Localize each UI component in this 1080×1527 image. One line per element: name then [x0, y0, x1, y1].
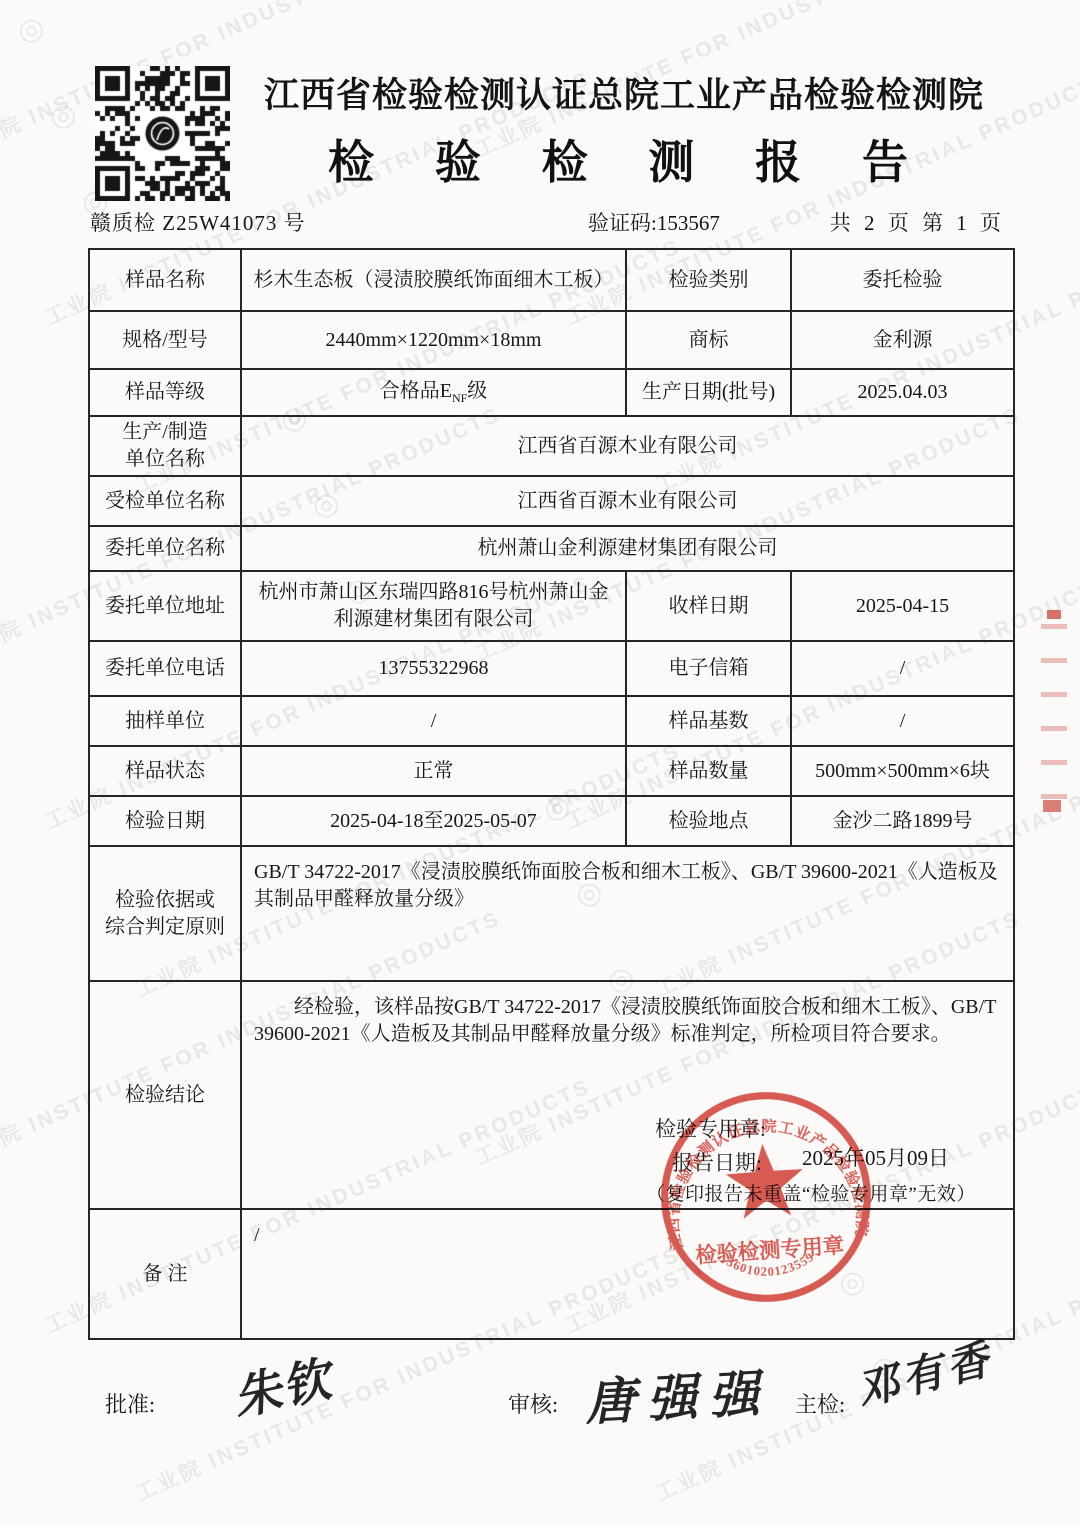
approve-label: 批准: — [105, 1388, 155, 1419]
field-value: 经检验，该样品按GB/T 34722-2017《浸渍胶膜纸饰面胶合板和细木工板》… — [241, 981, 1014, 1209]
field-value: / — [241, 1209, 1014, 1339]
table-row: 委托单位地址杭州市萧山区东瑞四路816号杭州萧山金利源建材集团有限公司收样日期2… — [89, 571, 1014, 641]
field-value: 2440mm×1220mm×18mm — [241, 311, 626, 369]
field-label: 收样日期 — [626, 571, 791, 641]
field-label: 电子信箱 — [626, 641, 791, 696]
right-edge-seal-fragment — [1041, 610, 1067, 815]
field-value: 金利源 — [791, 311, 1014, 369]
field-label: 检验日期 — [89, 796, 241, 846]
field-value: 杭州萧山金利源建材集团有限公司 — [241, 526, 1014, 571]
field-label: 生产日期(批号) — [626, 369, 791, 416]
table-row: 委托单位电话13755322968电子信箱/ — [89, 641, 1014, 696]
verify-code: 验证码:153567 — [588, 207, 720, 237]
field-value: / — [241, 696, 626, 746]
table-row: 生产/制造 单位名称江西省百源木业有限公司 — [89, 416, 1014, 476]
field-label: 样品数量 — [626, 746, 791, 796]
org-title: 江西省检验检测认证总院工业产品检验检测院 — [228, 68, 1020, 118]
field-label: 检验依据或 综合判定原则 — [89, 846, 241, 981]
field-label: 规格/型号 — [89, 311, 241, 369]
field-value: / — [791, 696, 1014, 746]
table-row: 检验日期2025-04-18至2025-05-07检验地点金沙二路1899号 — [89, 796, 1014, 846]
field-label: 样品状态 — [89, 746, 241, 796]
field-value: 2025-04-15 — [791, 571, 1014, 641]
watermark-logo-icon: ◎ — [15, 10, 47, 49]
report-meta: 赣质检 Z25W41073 号 验证码:153567 共 2 页 第 1 页 — [88, 207, 1013, 237]
watermark-logo-icon: ◎ — [47, 96, 79, 135]
field-value: 正常 — [241, 746, 626, 796]
field-value: GB/T 34722-2017《浸渍胶膜纸饰面胶合板和细木工板》、GB/T 39… — [241, 846, 1014, 981]
table-row: 样品名称杉木生态板（浸渍胶膜纸饰面细木工板）检验类别委托检验 — [89, 249, 1014, 311]
field-label: 样品基数 — [626, 696, 791, 746]
table-row: 样品状态正常样品数量500mm×500mm×6块 — [89, 746, 1014, 796]
report-title: 检 验 检 测 报 告 — [228, 126, 1020, 192]
field-value: 委托检验 — [791, 249, 1014, 311]
inspect-label: 主检: — [795, 1388, 845, 1419]
report-page: 工业院 INSTITUTE FOR INDUSTRIAL PRODUCTS工业院… — [0, 0, 1080, 1527]
field-label: 商标 — [626, 311, 791, 369]
table-row: 抽样单位/样品基数/ — [89, 696, 1014, 746]
field-value: 13755322968 — [241, 641, 626, 696]
field-label: 样品名称 — [89, 249, 241, 311]
field-label: 抽样单位 — [89, 696, 241, 746]
approve-signature: 朱钦 — [226, 1340, 338, 1428]
field-label: 备 注 — [89, 1209, 241, 1339]
field-label: 样品等级 — [89, 369, 241, 416]
field-value: / — [791, 641, 1014, 696]
field-value: 合格品ENF级 — [241, 369, 626, 416]
field-value: 杭州市萧山区东瑞四路816号杭州萧山金利源建材集团有限公司 — [241, 571, 626, 641]
table-row: 检验依据或 综合判定原则GB/T 34722-2017《浸渍胶膜纸饰面胶合板和细… — [89, 846, 1014, 981]
field-value: 杉木生态板（浸渍胶膜纸饰面细木工板） — [241, 249, 626, 311]
stamp-bottom-text: 检验检测专用章 — [695, 1232, 845, 1267]
field-label: 检验结论 — [89, 981, 241, 1209]
stamp-star — [724, 1141, 806, 1220]
field-label: 生产/制造 单位名称 — [89, 416, 241, 476]
official-stamp: 江西省检验检测认证总院工业产品检验检测院 检验检测专用章 36010201235… — [644, 1075, 887, 1318]
qr-code — [95, 66, 230, 201]
field-label: 检验类别 — [626, 249, 791, 311]
field-label: 检验地点 — [626, 796, 791, 846]
field-label: 委托单位电话 — [89, 641, 241, 696]
table-row: 规格/型号2440mm×1220mm×18mm商标金利源 — [89, 311, 1014, 369]
field-value: 江西省百源木业有限公司 — [241, 476, 1014, 526]
field-value: 金沙二路1899号 — [791, 796, 1014, 846]
field-value: 2025-04-18至2025-05-07 — [241, 796, 626, 846]
field-value: 500mm×500mm×6块 — [791, 746, 1014, 796]
table-row: 样品等级合格品ENF级生产日期(批号)2025.04.03 — [89, 369, 1014, 416]
field-label: 受检单位名称 — [89, 476, 241, 526]
review-signature: 唐强强 — [583, 1353, 773, 1435]
page-indicator: 共 2 页 第 1 页 — [830, 207, 1005, 237]
field-label: 委托单位名称 — [89, 526, 241, 571]
field-value: 江西省百源木业有限公司 — [241, 416, 1014, 476]
review-label: 审核: — [508, 1388, 558, 1419]
field-value: 2025.04.03 — [791, 369, 1014, 416]
report-number: 赣质检 Z25W41073 号 — [90, 207, 306, 237]
field-label: 委托单位地址 — [89, 571, 241, 641]
table-row: 委托单位名称杭州萧山金利源建材集团有限公司 — [89, 526, 1014, 571]
table-row: 受检单位名称江西省百源木业有限公司 — [89, 476, 1014, 526]
